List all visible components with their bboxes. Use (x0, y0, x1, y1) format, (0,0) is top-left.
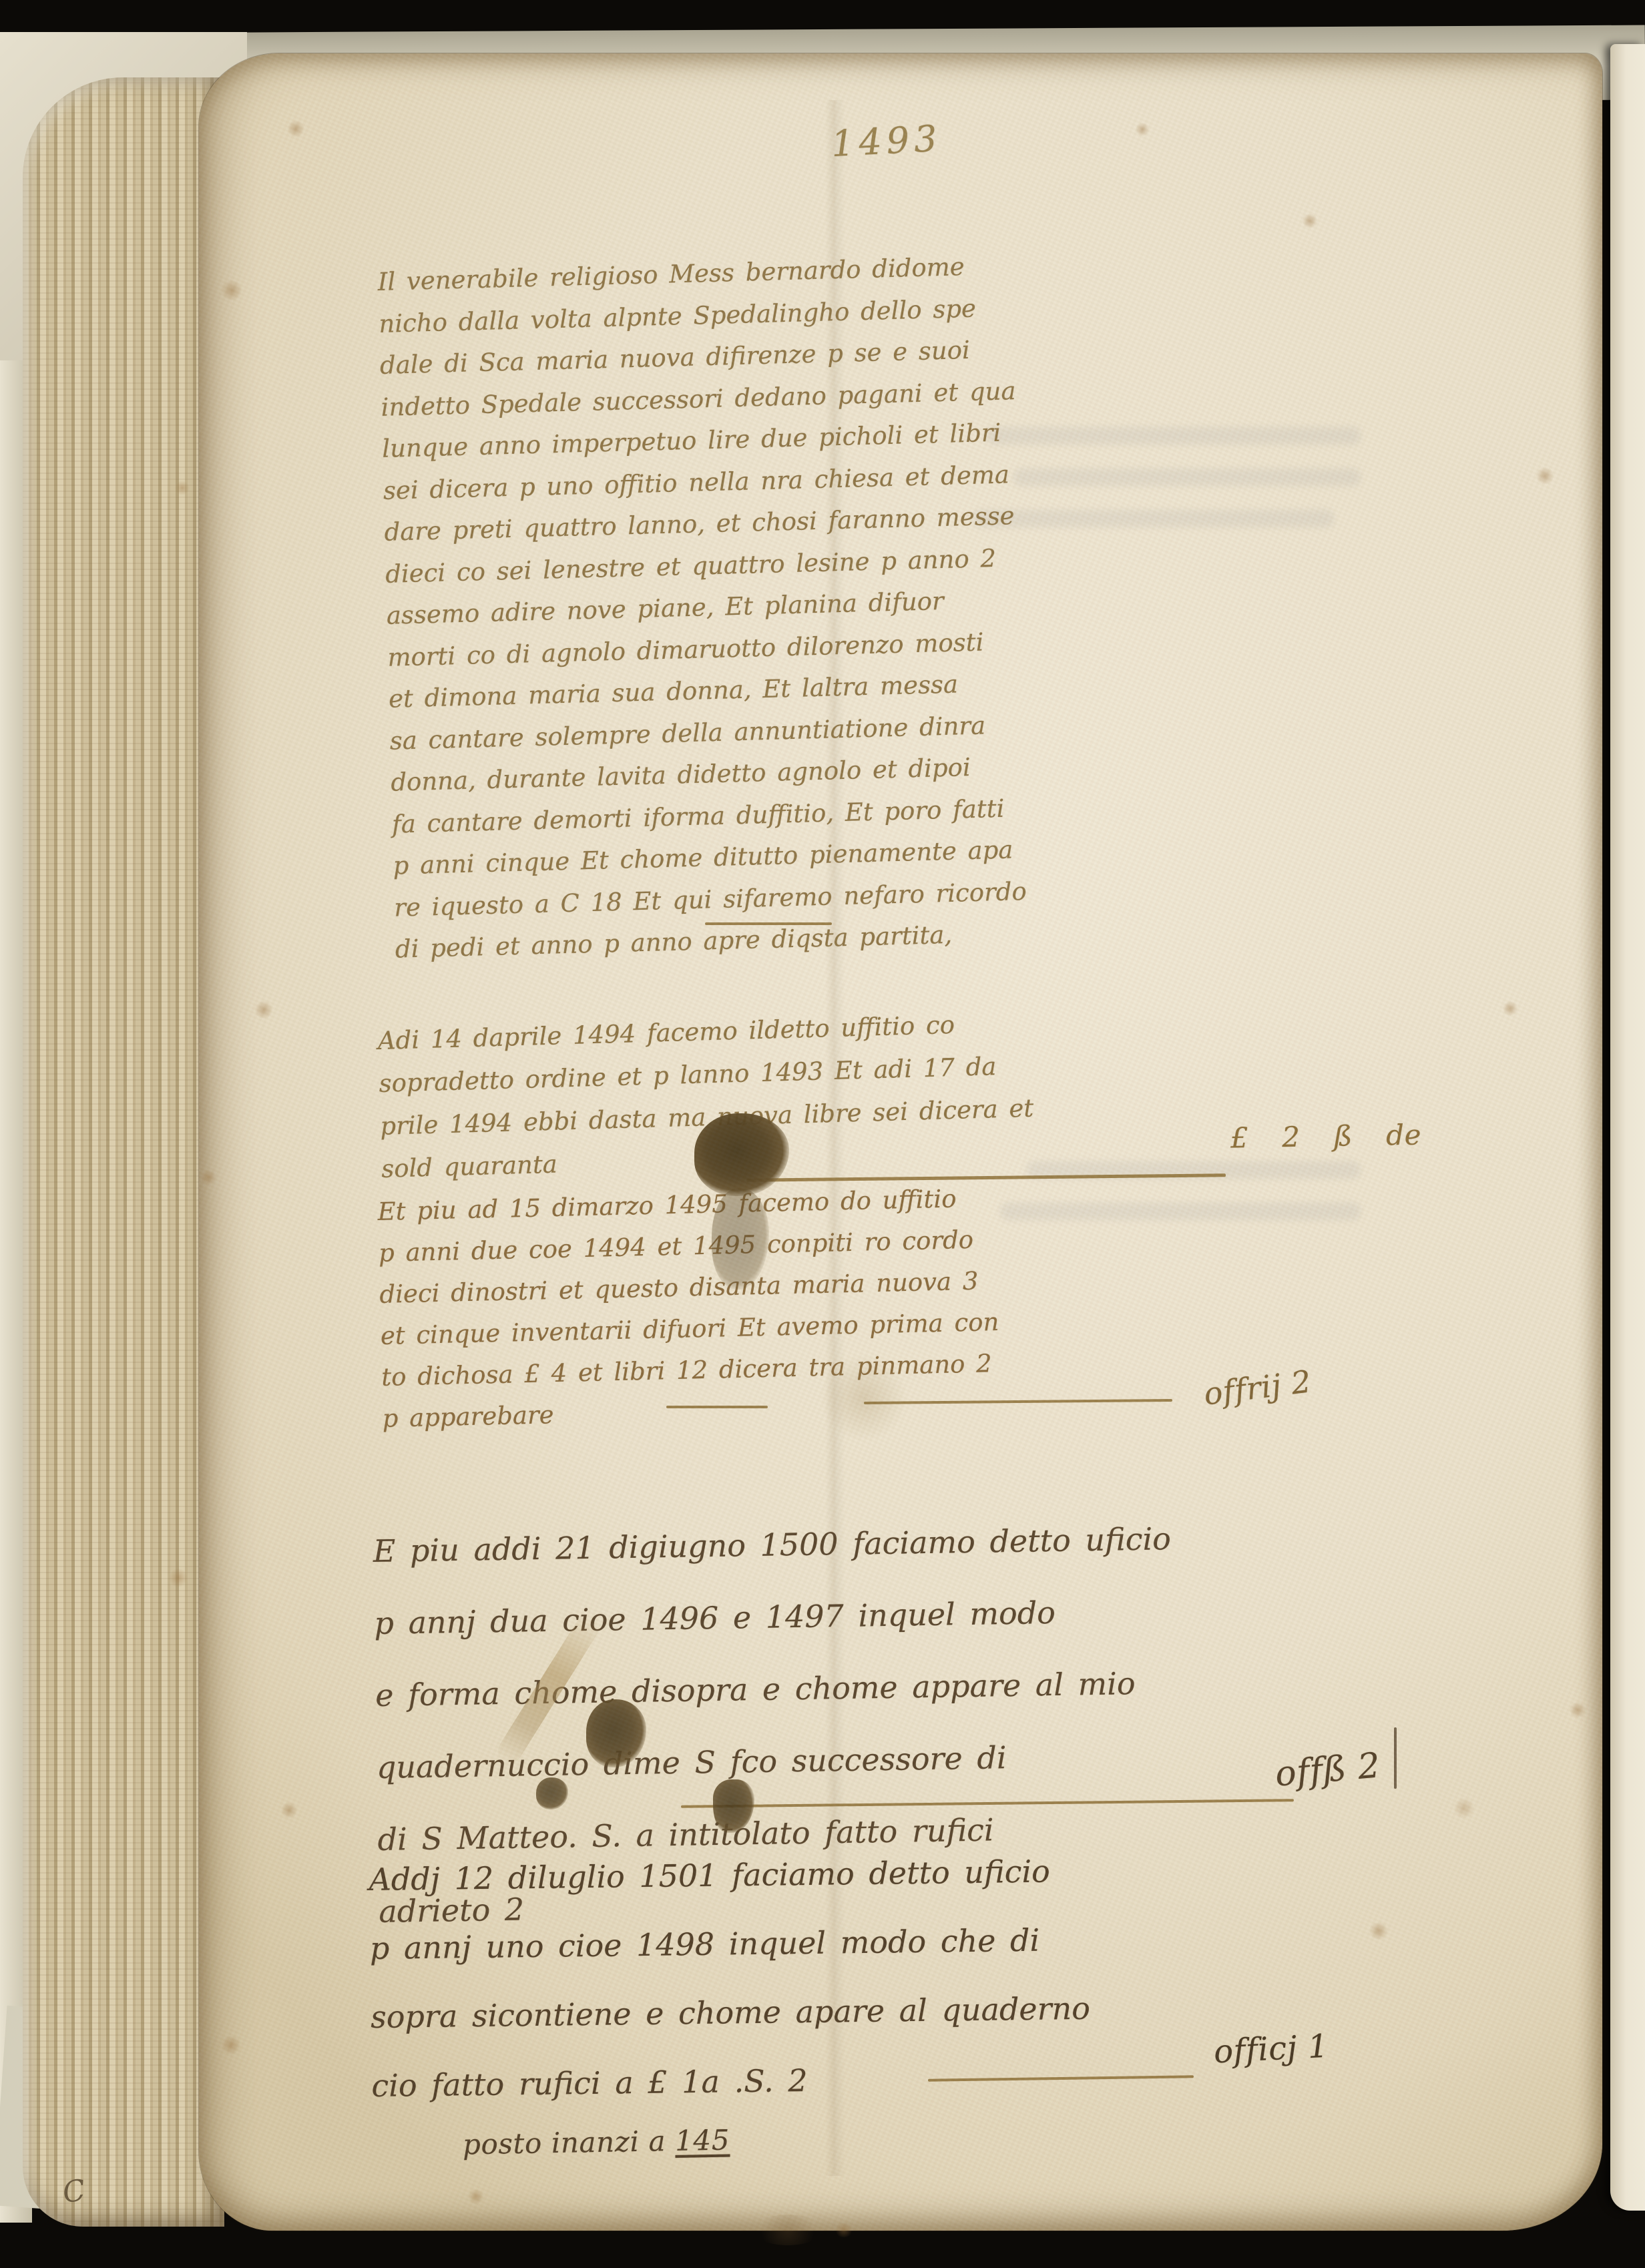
manuscript-line: p annj uno cioe 1498 inquel modo che di (369, 1902, 1358, 1983)
fox-spot (200, 1169, 216, 1185)
pen-trial-mark: C (61, 2173, 87, 2210)
posting-note-text: posto inanzi a (463, 2124, 676, 2161)
fox-spot (467, 2189, 485, 2204)
folio-year-header: 1493 (830, 117, 943, 166)
margin-tally-offiti-2b: offß 2 (1274, 1745, 1382, 1795)
fox-spot (220, 2036, 242, 2054)
fox-spot (1454, 1797, 1474, 1819)
underline-folio-c18 (705, 922, 832, 925)
posting-note: posto inanzi a 145 (463, 2124, 730, 2161)
fox-spot (1302, 214, 1318, 228)
fox-spot (175, 481, 190, 495)
scanned-manuscript-scene: 1493 Il venerabile religioso Mess bernar… (0, 0, 1645, 2268)
margin-tally-offiti-1: officj 1 (1213, 2028, 1330, 2071)
paragraph-entry-1501: Addj 12 diluglio 1501 faciamo detto ufic… (369, 1833, 1360, 2120)
paragraph-entry-1494: Adi 14 daprile 1494 facemo ildetto uffit… (377, 993, 1330, 1191)
fox-spot (280, 1802, 298, 1818)
fox-spot (1369, 1922, 1389, 1940)
account-rule-1495-a (666, 1406, 768, 1408)
fox-spot (254, 1001, 274, 1019)
fox-spot (1135, 123, 1150, 136)
paper-stain-center (820, 1354, 908, 1442)
fox-spot (168, 1569, 188, 1587)
folio-reference: 145 (675, 2124, 730, 2157)
page-stack-fore-edges (23, 77, 224, 2227)
fox-spot (220, 280, 243, 300)
manuscript-line: sopra sicontiene e chome apare al quader… (371, 1971, 1359, 2052)
paragraph-endowment-record: Il venerabile religioso Mess bernardo di… (377, 237, 1343, 970)
facing-page-edge (1610, 44, 1645, 2211)
fox-spot (1536, 467, 1554, 485)
fox-spot (1569, 1702, 1586, 1718)
fox-spot (287, 120, 304, 137)
margin-bracket-stroke (1394, 1727, 1397, 1789)
paper-stain-bottom (753, 2215, 822, 2245)
manuscript-line: Addj 12 diluglio 1501 faciamo detto ufic… (369, 1833, 1357, 1914)
fox-spot (835, 2223, 853, 2237)
manuscript-line: cio fatto rufici a £ 1a .S. 2 (371, 2040, 1360, 2120)
manuscript-page: 1493 Il venerabile religioso Mess bernar… (199, 53, 1602, 2231)
margin-amount-lire: £ 2 ß de (1230, 1119, 1422, 1155)
fox-spot (1502, 1001, 1518, 1016)
